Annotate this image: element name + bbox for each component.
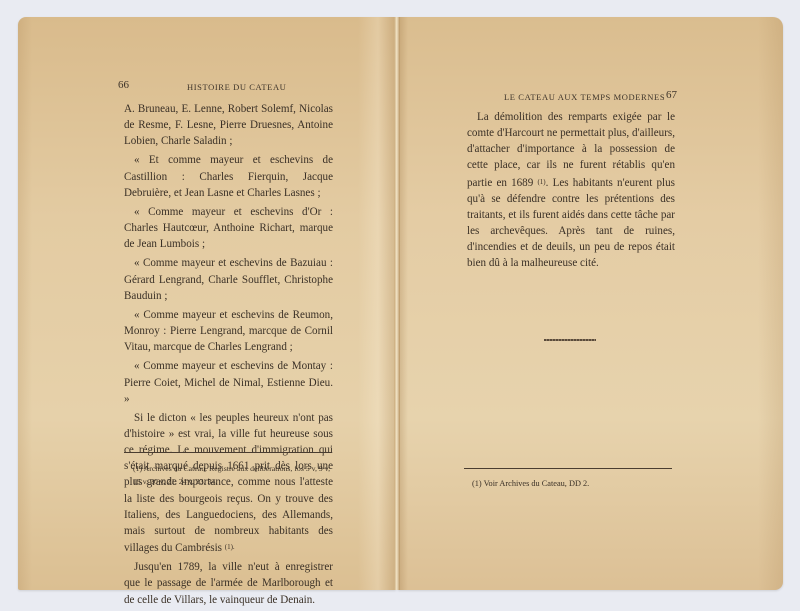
footnote-marker: (1): [472, 479, 482, 488]
left-page-number: 66: [118, 79, 129, 91]
book-gutter: [394, 17, 400, 590]
right-page-number: 67: [666, 89, 677, 101]
footnote-divider: [464, 468, 672, 469]
section-end-ornament: [544, 339, 596, 341]
right-running-head: LE CATEAU AUX TEMPS MODERNES: [504, 92, 665, 102]
footnote-marker: (1): [133, 464, 142, 473]
left-running-head: HISTOIRE DU CATEAU: [187, 82, 286, 92]
right-footnote: (1) Voir Archives du Cateau, DD 2.: [472, 477, 672, 490]
paragraph: « Comme mayeur et eschevins de Bazuiau :…: [124, 255, 333, 303]
paragraph: Jusqu'en 1789, la ville n'eut à enregist…: [124, 559, 333, 607]
right-page: [398, 17, 783, 590]
footnote-text: Voir Archives du Cateau, DD 2.: [484, 479, 590, 488]
footnote-reference: (1): [537, 178, 545, 186]
paragraph: La démolition des remparts exigée par le…: [467, 109, 675, 272]
left-footnote: (1) Archives du Cateau. Registre aux dél…: [133, 462, 333, 488]
footnote-reference: (1).: [225, 543, 235, 551]
footnote-divider: [124, 452, 332, 453]
paragraph: « Et comme mayeur et eschevins de Castil…: [124, 152, 333, 200]
paragraph: A. Bruneau, E. Lenne, Robert Solemf, Nic…: [124, 101, 333, 149]
paragraph: « Comme mayeur et eschevins de Montay : …: [124, 358, 333, 406]
paragraph: « Comme mayeur et eschevins d'Or : Charl…: [124, 204, 333, 252]
right-body-text: La démolition des remparts exigée par le…: [467, 109, 675, 275]
paragraph: « Comme mayeur et eschevins de Reumon, M…: [124, 307, 333, 355]
left-body-text: A. Bruneau, E. Lenne, Robert Solemf, Nic…: [124, 101, 333, 611]
footnote-text: Archives du Cateau. Registre aux délibér…: [133, 464, 330, 486]
